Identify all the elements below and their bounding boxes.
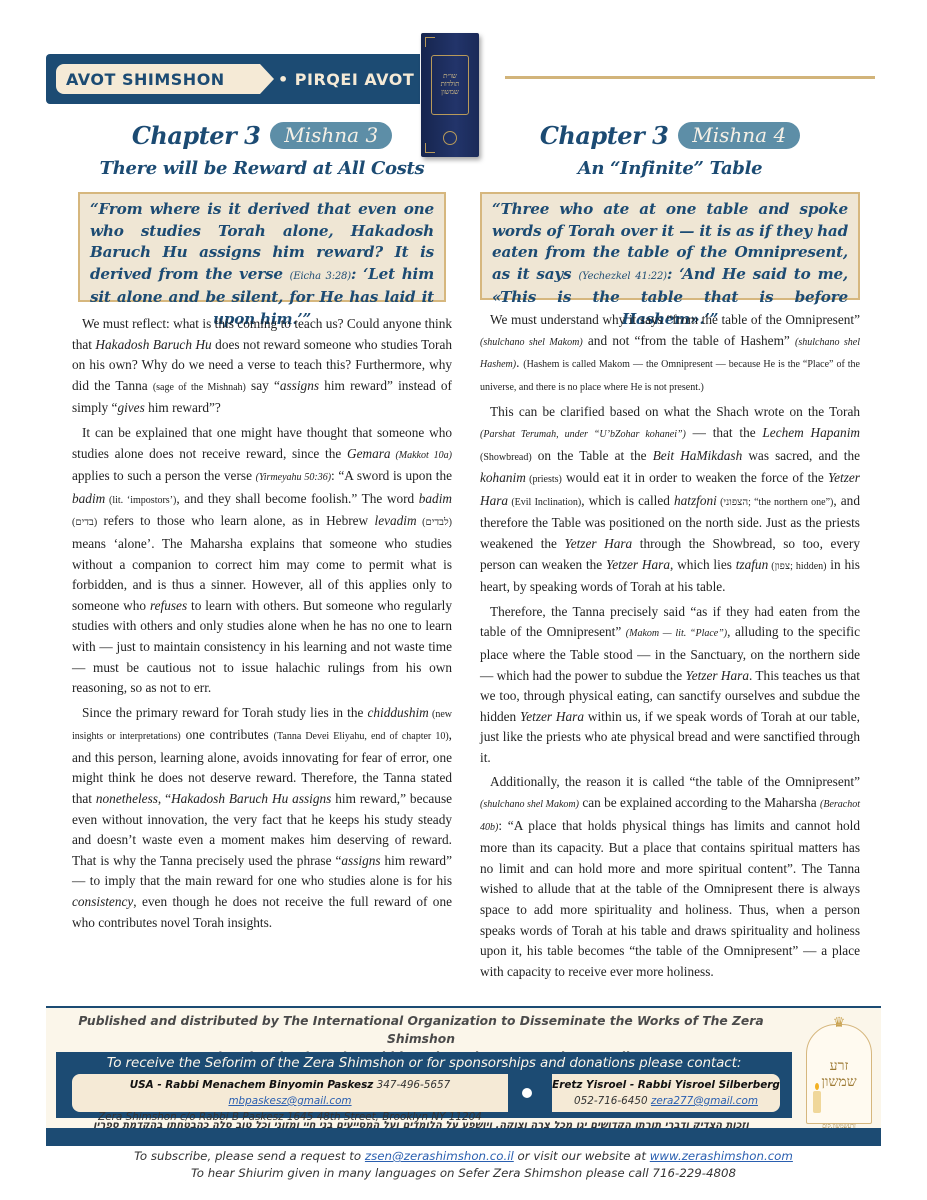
paragraph: This can be clarified based on what the …: [480, 402, 860, 597]
subscribe-info: To subscribe, please send a request to z…: [46, 1148, 881, 1182]
logo-text: שמשון: [821, 1074, 856, 1090]
dot-icon: [522, 1088, 532, 1098]
paragraph: We must reflect: what is this coming to …: [72, 314, 452, 419]
paragraph: Additionally, the reason it is called “t…: [480, 772, 860, 982]
mishna-quote: “From where is it derived that even one …: [78, 192, 446, 302]
contact-banner: To receive the Seforim of the Zera Shims…: [56, 1052, 792, 1118]
paragraph: Therefore, the Tanna precisely said “as …: [480, 602, 860, 769]
candle-icon: [813, 1091, 821, 1113]
mishna-quote: “Three who ate at one table and spoke wo…: [480, 192, 860, 300]
article-title: An “Infinite” Table: [480, 158, 860, 184]
article-title: There will be Reward at All Costs: [72, 158, 452, 184]
israel-email-link[interactable]: zera277@gmail.com: [651, 1095, 758, 1107]
chapter-title: Chapter 3: [132, 121, 260, 150]
zera-shimshon-logo: ♛ זרע שמשון זרעשמשון.קום: [806, 1024, 872, 1124]
mishna-badge: Mishna 4: [678, 122, 800, 149]
published-by: Published and distributed by The Interna…: [46, 1012, 796, 1048]
website-link[interactable]: www.zerashimshon.com: [650, 1149, 793, 1163]
contact-heading: To receive the Seforim of the Zera Shims…: [56, 1052, 792, 1073]
chapter-heading: Chapter 3 Mishna 4: [480, 118, 860, 152]
quote-reference: (Yechezkel 41:22): [578, 271, 666, 282]
paragraph: It can be explained that one might have …: [72, 423, 452, 699]
logo-text: זרע: [830, 1058, 849, 1074]
flame-icon: [815, 1083, 819, 1090]
paragraph: We must understand why it says “from the…: [480, 310, 860, 398]
mishna-4-column: Chapter 3 Mishna 4 An “Infinite” Table “…: [480, 118, 860, 986]
section-label: • PIRQEI AVOT: [278, 64, 414, 94]
paragraph: Since the primary reward for Torah study…: [72, 703, 452, 934]
quote-reference: (Eicha 3:28): [290, 271, 351, 282]
subscribe-email-link[interactable]: zsen@zerashimshon.co.il: [365, 1149, 514, 1163]
publisher-footer: Published and distributed by The Interna…: [46, 1008, 881, 1130]
usa-contact: USA - Rabbi Menachem Binyomin Paskesz 34…: [72, 1074, 508, 1112]
crown-icon: ♛: [833, 1015, 846, 1031]
series-header: AVOT SHIMSHON • PIRQEI AVOT: [46, 54, 420, 104]
book-text: שמשון: [441, 89, 459, 97]
mishna-3-column: Chapter 3 Mishna 3 There will be Reward …: [72, 118, 452, 937]
chapter-title: Chapter 3: [540, 121, 668, 150]
mishna-badge: Mishna 3: [270, 122, 392, 149]
footer-band: [46, 1128, 881, 1146]
header-divider: [505, 76, 875, 79]
ornament-icon: [425, 37, 435, 47]
article-body: We must understand why it says “from the…: [480, 310, 860, 982]
chapter-heading: Chapter 3 Mishna 3: [72, 118, 452, 152]
article-body: We must reflect: what is this coming to …: [72, 314, 452, 933]
israel-contact: Eretz Yisroel - Rabbi Yisroel Silberberg…: [552, 1074, 780, 1112]
shiurim-line: To hear Shiurim given in many languages …: [46, 1165, 881, 1182]
book-title-plate: שו״ת תולדות שמשון: [431, 55, 469, 115]
subscribe-line: To subscribe, please send a request to z…: [46, 1148, 881, 1165]
usa-email-link[interactable]: mbpaskesz@gmail.com: [228, 1095, 351, 1107]
series-label: AVOT SHIMSHON: [56, 64, 260, 94]
